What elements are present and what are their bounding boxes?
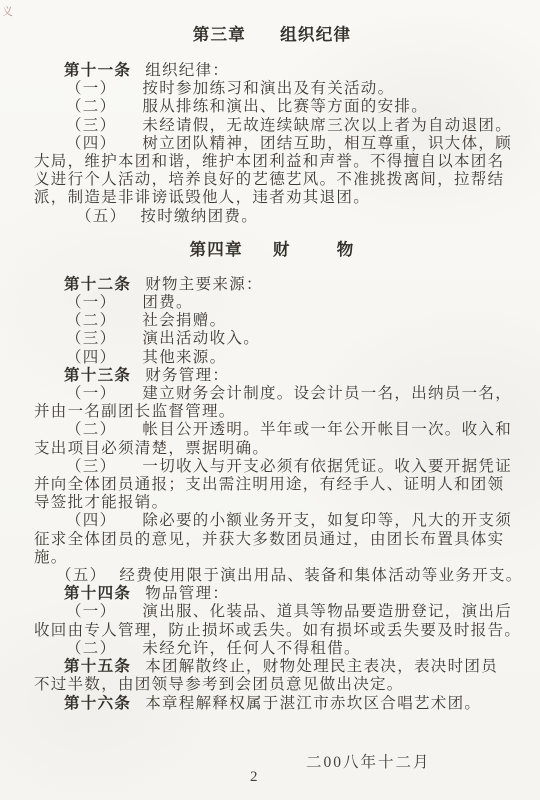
- continuation-line: 施。: [34, 549, 510, 567]
- clause-line: （一）团费。: [66, 294, 510, 312]
- clause-line: （一）演出服、化装品、道具等物品要造册登记，演出后: [66, 603, 510, 621]
- text-segment: （三）: [66, 330, 116, 347]
- bold-text-segment: 第十一条: [64, 62, 131, 79]
- text-segment: 帐目公开透明。半年或一年公开帐目一次。收入和: [142, 421, 512, 438]
- continuation-line: 并向全体团员通报；支出需注明用途，有经手人、证明人和团领: [34, 476, 510, 494]
- article-heading-line: 第十六条本章程解释权属于湛江市赤坎区合唱艺术团。: [64, 695, 510, 713]
- text-segment: 本章程解释权属于湛江市赤坎区合唱艺术团。: [145, 695, 481, 712]
- bold-text-segment: 第十二条: [64, 276, 131, 293]
- text-segment: 一切收入与开支必须有依据凭证。收入要开据凭证: [142, 458, 512, 475]
- text-segment: 建立财务会计制度。设会计员一名，出纳员一名，: [142, 385, 512, 402]
- clause-line: （三）一切收入与开支必须有依据凭证。收入要开据凭证: [66, 458, 510, 476]
- clause-line: （一）建立财务会计制度。设会计员一名，出纳员一名，: [66, 385, 510, 403]
- text-segment: 未经请假，无故连续缺席三次以上者为自动退团。: [142, 117, 512, 134]
- text-segment: 征求全体团员的意见，并获大多数团员通过，由团长布置具体实: [34, 531, 504, 548]
- bold-text-segment: 第十六条: [64, 695, 131, 712]
- text-segment: （四）: [66, 349, 116, 366]
- text-segment: 树立团队精神，团结互助，相互尊重，识大体，顾: [142, 135, 512, 152]
- continuation-line: 导签批才能报销。: [34, 494, 510, 512]
- text-segment: （二）: [66, 640, 116, 657]
- scan-artifact-mark: 义: [2, 3, 13, 19]
- continuation-line: 支出项目必须清楚，票据明确。: [34, 440, 510, 458]
- text-segment: （五）: [56, 567, 106, 584]
- text-segment: （一）: [66, 603, 116, 620]
- clause-line: （五）按时缴纳团费。: [76, 208, 510, 226]
- document-date: 二00八年十二月: [306, 750, 431, 772]
- clause-line: （三）演出活动收入。: [66, 330, 510, 348]
- article-heading-line: 第十五条本团解散终止，财物处理民主表决，表决时团员: [64, 658, 510, 676]
- chapter-heading: 第四章财物: [34, 240, 510, 260]
- continuation-line: 收回由专人管理，防止损坏或丢失。如有损坏或丢失要及时报告。: [34, 622, 510, 640]
- text-segment: （三）: [66, 458, 116, 475]
- text-segment: 本团解散终止，财物处理民主表决，表决时团员: [145, 658, 498, 675]
- text-segment: （一）: [66, 294, 116, 311]
- clause-line: （四）其他来源。: [66, 349, 510, 367]
- clause-line: （二）未经允许，任何人不得租借。: [66, 640, 510, 658]
- text-segment: （二）: [66, 421, 116, 438]
- clause-line: （二）帐目公开透明。半年或一年公开帐目一次。收入和: [66, 421, 510, 439]
- scanned-document-page: 义 第三章组织纪律第十一条组织纪律：（一）按时参加练习和演出及有关活动。（二）服…: [0, 0, 540, 800]
- clause-line: （五）经费使用限于演出用品、装备和集体活动等业务开支。: [56, 567, 510, 585]
- bold-text-segment: 第十三条: [64, 367, 131, 384]
- text-segment: 按时缴纳团费。: [140, 208, 258, 225]
- bold-text-segment: 财: [273, 240, 291, 259]
- clause-line: （二）社会捐赠。: [66, 312, 510, 330]
- text-segment: 演出服、化装品、道具等物品要造册登记，演出后: [142, 603, 512, 620]
- text-segment: （一）: [66, 385, 116, 402]
- text-segment: 财务管理：: [145, 367, 229, 384]
- bold-text-segment: 物: [337, 240, 355, 259]
- text-segment: 未经允许，任何人不得租借。: [142, 640, 360, 657]
- clause-line: （四）除必要的小额业务开支，如复印等，凡大的开支须: [66, 512, 510, 530]
- text-segment: （四）: [66, 135, 116, 152]
- article-heading-line: 第十三条财务管理：: [64, 367, 510, 385]
- continuation-line: 征求全体团员的意见，并获大多数团员通过，由团长布置具体实: [34, 531, 510, 549]
- text-segment: 团费。: [142, 294, 192, 311]
- text-segment: （四）: [66, 512, 116, 529]
- clause-line: （四）树立团队精神，团结互助，相互尊重，识大体，顾: [66, 135, 510, 153]
- article-heading-line: 第十二条财物主要来源：: [64, 276, 510, 294]
- text-segment: 导签批才能报销。: [34, 494, 168, 511]
- text-segment: 除必要的小额业务开支，如复印等，凡大的开支须: [142, 512, 512, 529]
- bold-text-segment: 第十四条: [64, 585, 131, 602]
- article-heading-line: 第十四条物品管理：: [64, 585, 510, 603]
- text-segment: （二）: [66, 98, 116, 115]
- text-segment: （五）: [76, 208, 126, 225]
- bold-text-segment: 第十五条: [64, 658, 131, 675]
- page-number: 2: [250, 769, 258, 786]
- clause-line: （三）未经请假，无故连续缺席三次以上者为自动退团。: [66, 117, 510, 135]
- text-segment: 施。: [34, 549, 68, 566]
- bold-text-segment: 第四章: [189, 240, 242, 259]
- text-segment: 物品管理：: [145, 585, 229, 602]
- bold-text-segment: 组织纪律: [280, 25, 351, 44]
- clause-line: （二）服从排练和演出、比赛等方面的安排。: [66, 98, 510, 116]
- text-segment: 社会捐赠。: [142, 312, 226, 329]
- text-segment: 演出活动收入。: [142, 330, 260, 347]
- text-segment: 大局，维护本团和谐，维护本团利益和声誉。不得擅自以本团名: [34, 153, 504, 170]
- bold-text-segment: 第三章: [193, 25, 246, 44]
- continuation-line: 并由一名副团长监督管理。: [34, 403, 510, 421]
- text-segment: 收回由专人管理，防止损坏或丢失。如有损坏或丢失要及时报告。: [34, 622, 521, 639]
- text-segment: 派，制造是非诽谤诋毁他人，违者劝其退团。: [34, 189, 370, 206]
- document-body: 第三章组织纪律第十一条组织纪律：（一）按时参加练习和演出及有关活动。（二）服从排…: [34, 25, 510, 713]
- clause-line: （一）按时参加练习和演出及有关活动。: [66, 80, 510, 98]
- text-segment: （一）: [66, 80, 116, 97]
- article-heading-line: 第十一条组织纪律：: [64, 62, 510, 80]
- text-segment: 并向全体团员通报；支出需注明用途，有经手人、证明人和团领: [34, 476, 504, 493]
- text-segment: 组织纪律：: [145, 62, 229, 79]
- text-segment: （二）: [66, 312, 116, 329]
- continuation-line: 派，制造是非诽谤诋毁他人，违者劝其退团。: [34, 189, 510, 207]
- text-segment: 财物主要来源：: [145, 276, 263, 293]
- continuation-line: 大局，维护本团和谐，维护本团利益和声誉。不得擅自以本团名: [34, 153, 510, 171]
- text-segment: 义进行个人活动，培养良好的艺德艺风。不准挑拨离间，拉帮结: [34, 171, 504, 188]
- text-segment: （三）: [66, 117, 116, 134]
- continuation-line: 不过半数，由团领导参考到会团员意见做出决定。: [34, 676, 510, 694]
- text-segment: 服从排练和演出、比赛等方面的安排。: [142, 98, 428, 115]
- text-segment: 经费使用限于演出用品、装备和集体活动等业务开支。: [119, 567, 522, 584]
- text-segment: 按时参加练习和演出及有关活动。: [142, 80, 394, 97]
- text-segment: 其他来源。: [142, 349, 226, 366]
- text-segment: 不过半数，由团领导参考到会团员意见做出决定。: [34, 676, 404, 693]
- continuation-line: 义进行个人活动，培养良好的艺德艺风。不准挑拨离间，拉帮结: [34, 171, 510, 189]
- chapter-heading: 第三章组织纪律: [34, 25, 510, 45]
- text-segment: 并由一名副团长监督管理。: [34, 403, 236, 420]
- text-segment: 支出项目必须清楚，票据明确。: [34, 440, 269, 457]
